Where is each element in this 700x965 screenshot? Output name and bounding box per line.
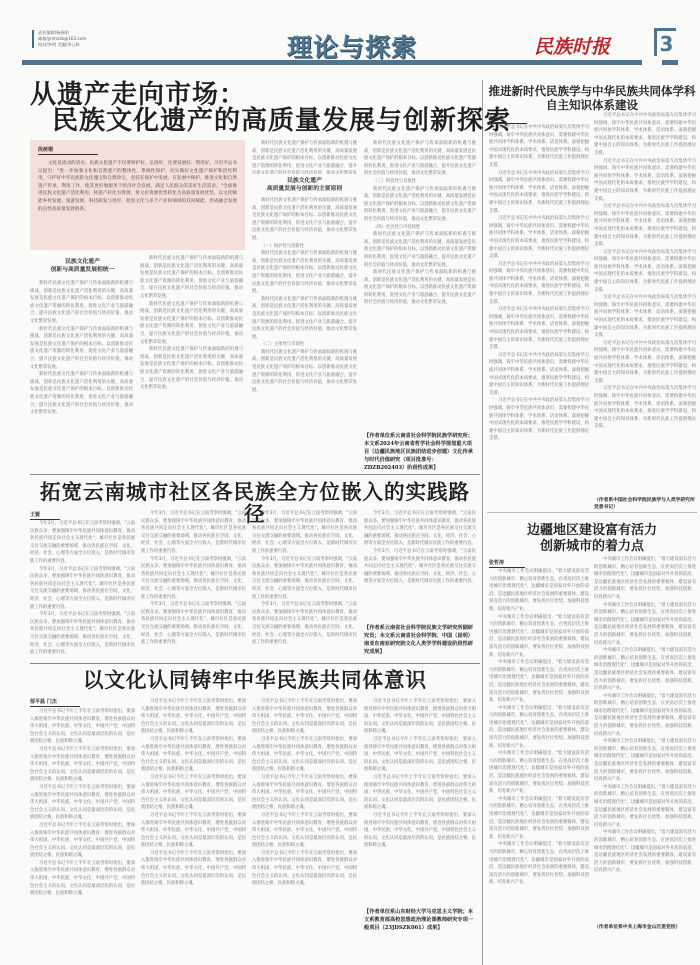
article-1-column-3b: 新时代民族文化遗产保护与传承面临新的机遇与挑战，创新是民族文化遗产活化利用的关键… xyxy=(252,197,357,470)
article-5-byline: 张哲涛 xyxy=(489,559,525,568)
article-1-column-2: 新时代民族文化遗产保护与传承面临新的机遇与挑战，创新是民族文化遗产活化利用的关键… xyxy=(140,255,243,470)
article-5-author-note: （作者单位系中共上海市金山区委党校） xyxy=(594,924,696,931)
article-1-column-3a: 新时代民族文化遗产保护与传承面临新的机遇与挑战，创新是民族文化遗产活化利用的关键… xyxy=(252,140,357,174)
article-5-column-2: 中央城市工作会议明确提出，"着力建设富有活力的创新城市，精心培育创新生态，在更高… xyxy=(594,556,696,924)
article-5-headline: 边疆地区建设富有活力 创新城市的着力点 xyxy=(487,523,697,555)
article-1-intro: 文化是流动的清水，民族文化遗产不仅要呵护好、弘扬好，还要发展好、利用好。习近平总… xyxy=(38,160,237,213)
subsection-1: （一）保护性与创新性 xyxy=(252,243,357,251)
proofreader-line: 校对/李明 美编/李云辉 xyxy=(38,42,87,48)
article-4-author-note: 【作者单位系山东财经大学马克思主义学院；本文系教育部高校思想政治理论课教师研究专… xyxy=(364,908,476,932)
masthead-rule-end xyxy=(662,60,678,65)
article-4-byline: 郁平磊 门杰 xyxy=(30,698,80,707)
article-2-author-note: （作者系中国社会科学院民族学与人类学研究所党委书记） xyxy=(594,497,696,511)
article-4-column-3: 习近平总书记今年上半年在云南考察时指出，要深入推进铸牢中华民族共同体意识教育，增… xyxy=(252,698,357,958)
article-3-column-3: 今年3月，习近平总书记在云南考察时强调，"云南民族众多，要加强铸牢中华民族共同体… xyxy=(252,510,357,660)
article-1-headline-line-2: 民族文化遗产的高质量发展与创新探索 xyxy=(52,108,511,135)
masthead: 责任编辑/杨燕明 邮箱/ynmzsb@163.com 校对/李明 美编/李云辉 … xyxy=(22,28,678,64)
masthead-rule xyxy=(22,60,642,65)
article-1-column-1: 新时代民族文化遗产保护与传承面临新的机遇与挑战，创新是民族文化遗产活化利用的关键… xyxy=(30,280,133,470)
article-4-column-2: 习近平总书记今年上半年在云南考察时指出，要深入推进铸牢中华民族共同体意识教育，增… xyxy=(141,698,246,958)
article-1-column-4: 新时代民族文化遗产保护与传承面临新的机遇与挑战，创新是民族文化遗产活化利用的关键… xyxy=(364,140,476,390)
article-5-headline-line-1: 边疆地区建设富有活力 xyxy=(487,523,697,539)
section-title: 理论与探索 xyxy=(262,28,442,64)
article-3-column-4: 今年3月，习近平总书记在云南考察时强调，"云南民族众多，要加强铸牢中华民族共同体… xyxy=(364,510,476,622)
article-1-intro-box: 段树珊 文化是流动的清水，民族文化遗产不仅要呵护好、弘扬好，还要发展好、利用好。… xyxy=(30,140,245,250)
article-2-headline: 推进新时代民族学与中华民族共同体学科自主知识体系建设 xyxy=(487,84,697,112)
article-2-column-1: 习近平总书记在中共中央政治局第九次集体学习时强调，铸牢中华民族共同体意识，需要构… xyxy=(489,124,589,514)
article-4-column-1: 习近平总书记今年上半年在云南考察时指出，要深入推进铸牢中华民族共同体意识教育，增… xyxy=(30,708,135,958)
article-5-headline-line-2: 创新城市的着力点 xyxy=(487,539,697,555)
article-2-byline: 赵天晓 xyxy=(489,115,527,124)
article-1-byline: 段树珊 xyxy=(38,146,98,155)
newspaper-page: 责任编辑/杨燕明 邮箱/ynmzsb@163.com 校对/李明 美编/李云辉 … xyxy=(0,0,700,965)
section-divider xyxy=(30,474,480,475)
article-5-column-1: 中央城市工作会议明确提出，"着力建设富有活力的创新城市，精心培育创新生态，在更高… xyxy=(489,568,589,958)
subsection-4: （四）社会性与可持续性 xyxy=(364,224,476,232)
article-3-author-note: 【作者系云南省社会科学院民族文学研究所副研究员；本文系云南省社会科学院、中国（昆… xyxy=(364,624,476,656)
article-1-author-note: 【作者单位系云南省社会科学院民族学研究所；本文系2024年云南省哲学社会科学规划… xyxy=(364,432,476,472)
article-4-column-4: 习近平总书记今年上半年在云南考察时指出，要深入推进铸牢中华民族共同体意识教育，增… xyxy=(364,698,476,910)
editor-info: 责任编辑/杨燕明 邮箱/ynmzsb@163.com 校对/李明 美编/李云辉 xyxy=(32,30,87,48)
page-number: 3 xyxy=(654,28,676,56)
subsection-2: （二）主体性与市场性 xyxy=(252,341,357,349)
section-divider xyxy=(30,663,480,664)
article-1-subhead-2: 民族文化遗产 高质量发展与创新的主要原则 xyxy=(252,177,357,193)
paper-logo: 民族时报 xyxy=(534,32,610,59)
article-3-column-1: 今年3月，习近平总书记在云南考察时强调，"云南民族众多，要加强铸牢中华民族共同体… xyxy=(30,520,135,660)
article-1-subhead-1: 民族文化遗产 创新与高质量发展相统一 xyxy=(30,258,135,274)
article-3-column-2: 今年3月，习近平总书记在云南考察时强调，"云南民族众多，要加强铸牢中华民族共同体… xyxy=(141,510,246,660)
subsection-3: （三）科技性与具象性 xyxy=(364,178,476,186)
article-3-byline: 王賢 xyxy=(30,511,60,520)
column-divider xyxy=(482,80,483,965)
article-2-column-2: 习近平总书记在中共中央政治局第九次集体学习时强调，铸牢中华民族共同体意识，需要构… xyxy=(594,112,696,497)
article-4-headline: 以文化认同铸牢中华民族共同体意识 xyxy=(30,670,480,692)
